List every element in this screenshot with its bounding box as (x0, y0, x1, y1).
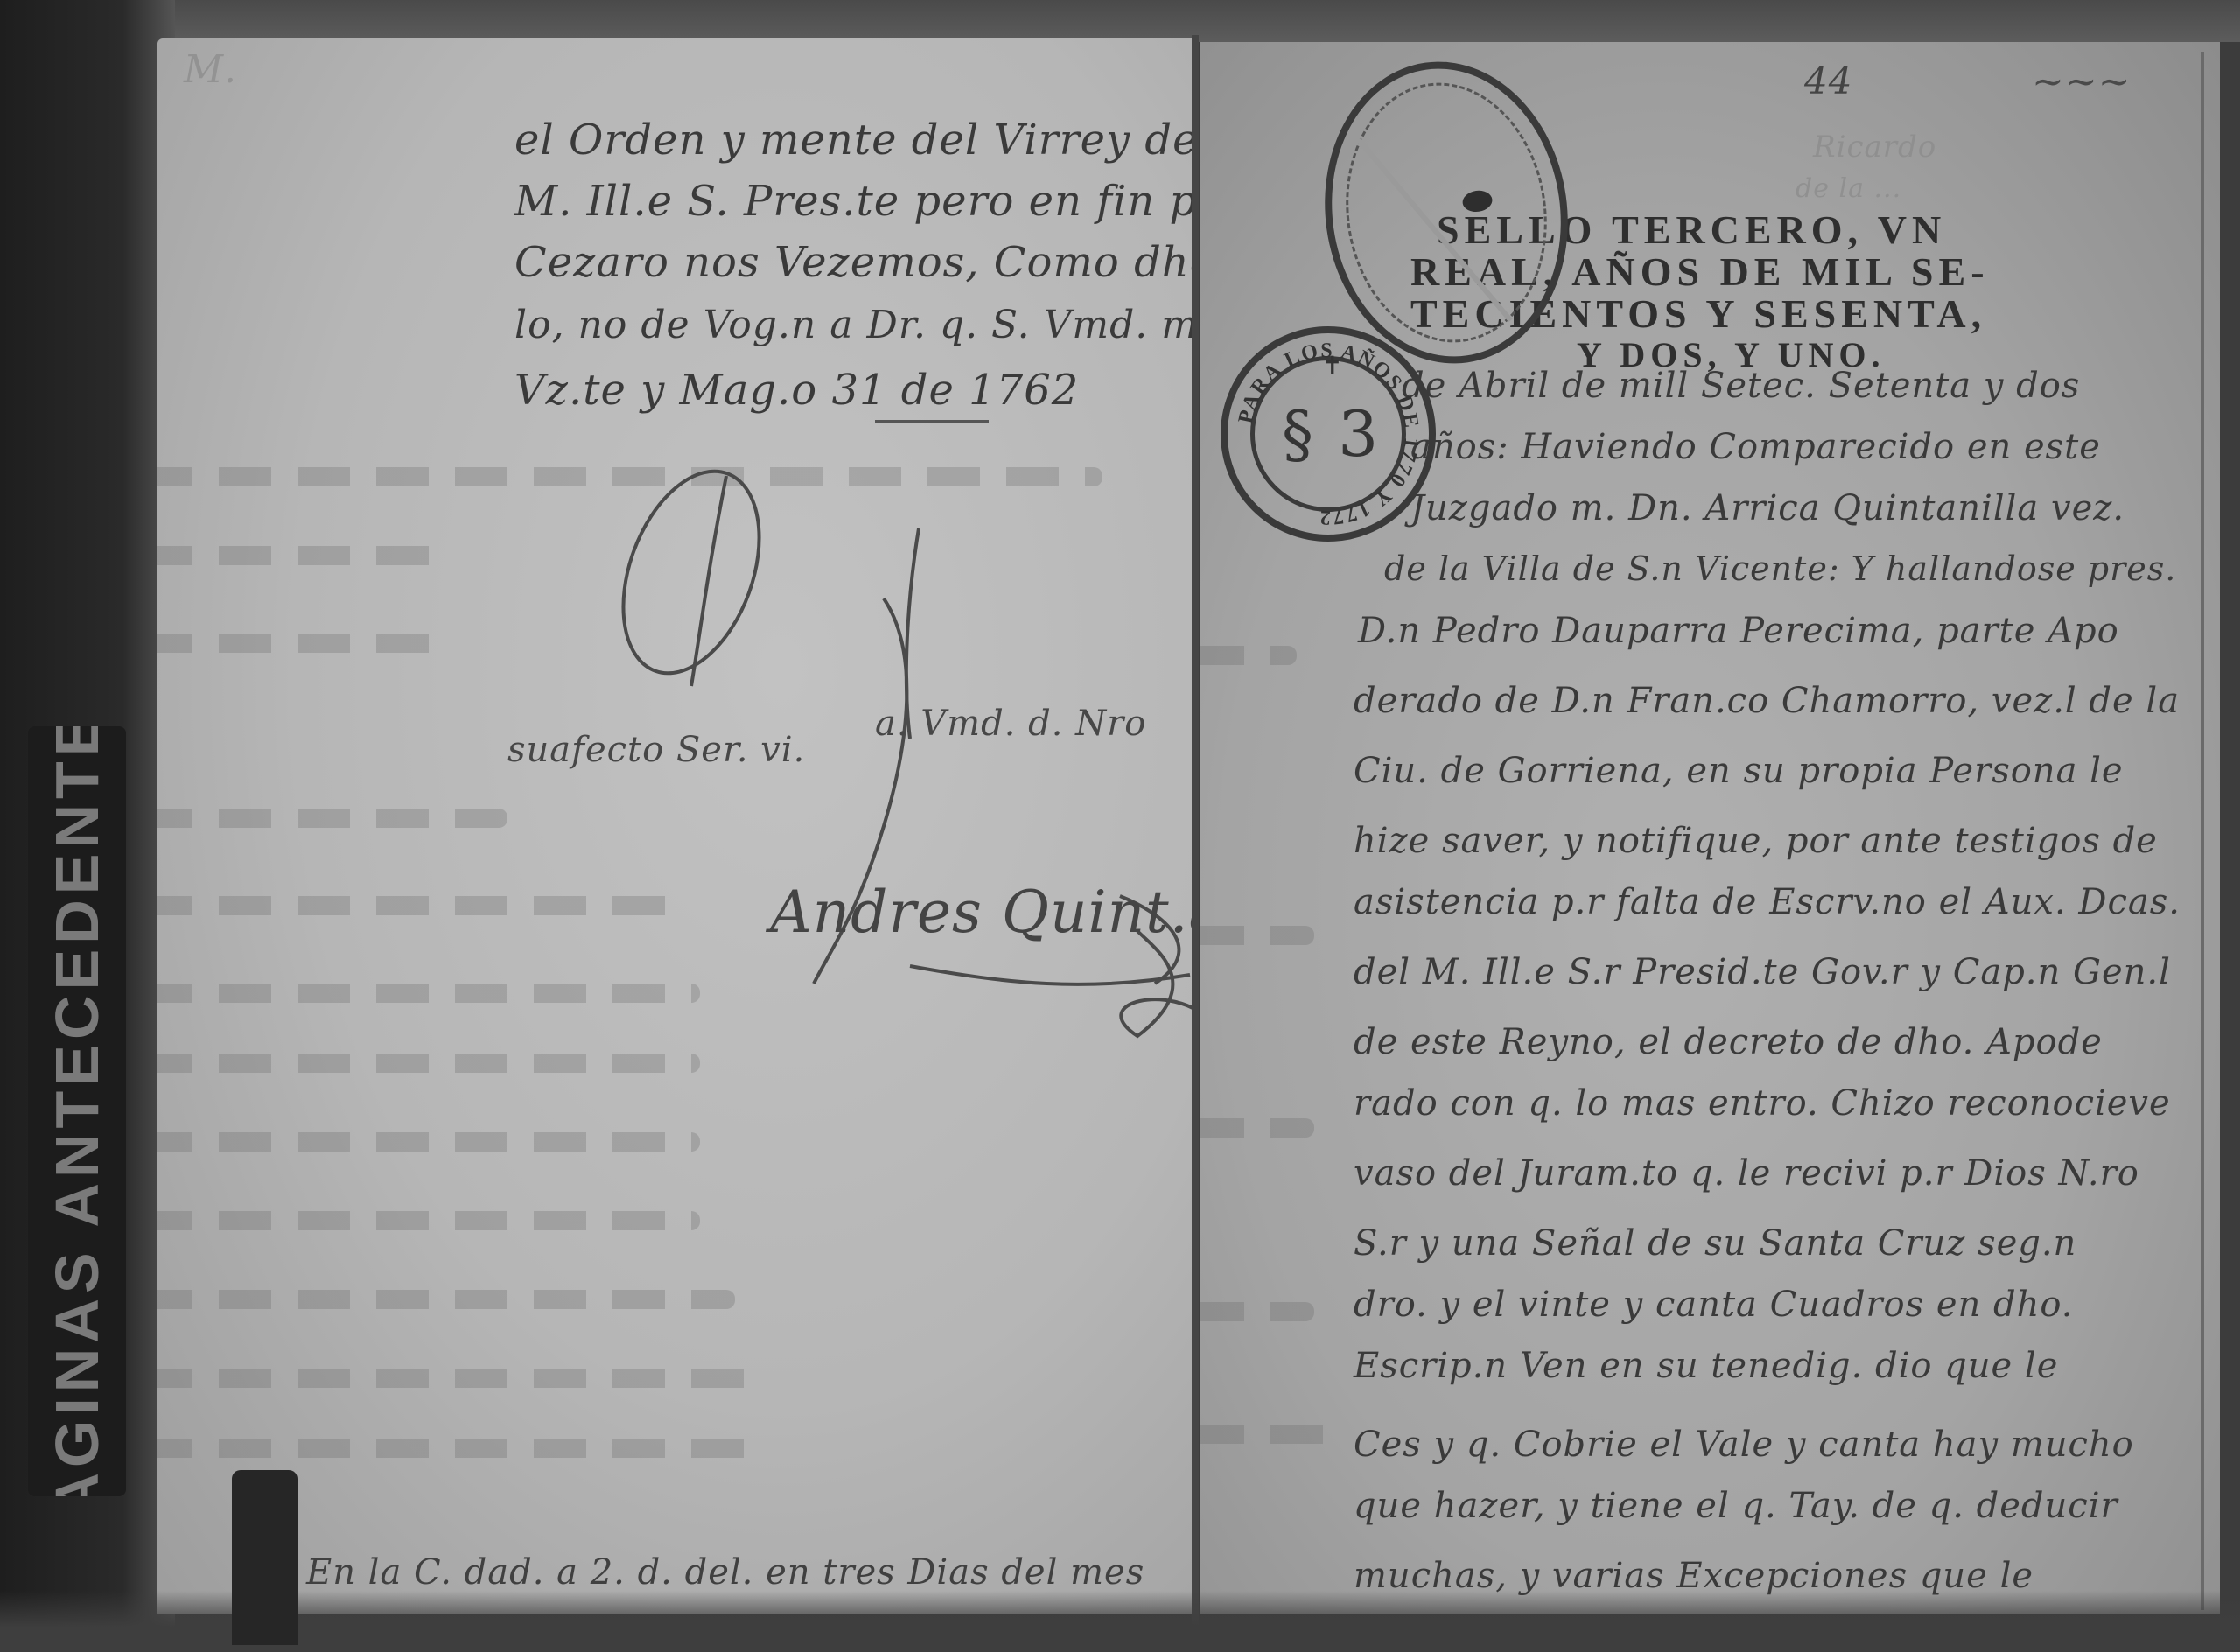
round-seal-stamp: PARA LOS AÑOS DE 1770 Y 1772 ✝ § 3 (1221, 326, 1436, 542)
left-page: M. el Orden y mente del Virrey de M. Ill… (157, 38, 1197, 1613)
footer-line: En la C. dad. a 2. d. del. en tres Dias … (306, 1552, 1144, 1592)
body-line: años: Haviendo Comparecido en este (1410, 427, 2101, 467)
bleed-through-text (157, 1290, 735, 1309)
date-underline (875, 420, 989, 423)
body-line: derado de D.n Fran.co Chamorro, vez.l de… (1354, 681, 2180, 721)
left-line: Cezaro nos Vezemos, Como dho tengo, (514, 238, 1197, 287)
body-line: rado con q. lo mas entro. Chizo reconoci… (1354, 1083, 2171, 1123)
body-line: dro. y el vinte y canta Cuadros en dho. (1354, 1284, 2073, 1325)
oval-seal-inner-ring (1329, 70, 1563, 356)
svg-text:✝: ✝ (1322, 351, 1342, 380)
archive-tab-label: PAGINAS ANTECEDENTES (42, 726, 112, 1496)
bleed-through-text (157, 1368, 752, 1388)
bleed-through-text (1200, 646, 1297, 665)
binding-clip (232, 1470, 297, 1645)
archive-tab: PAGINAS ANTECEDENTES (28, 726, 126, 1496)
signature-closing-right: a. Vmd. d. Nro (875, 703, 1146, 744)
left-line: Vz.te y Mag.o 31 de 1762 (514, 366, 1079, 415)
margin-rule (2201, 52, 2204, 1610)
bleed-through-text (157, 1438, 752, 1458)
page-number: 44 (1804, 59, 1852, 102)
body-line: asistencia p.r falta de Escrv.no el Aux.… (1354, 882, 2180, 922)
body-line: de Abril de mill Setec. Setenta y dos (1402, 366, 2080, 406)
bleed-through-text (157, 546, 455, 565)
bleed-through-text (157, 808, 507, 828)
bleed-through-text (1200, 1302, 1314, 1321)
bleed-through-text (1200, 926, 1314, 945)
body-line: Escrip.n Ven en su tenedig. dio que le (1354, 1346, 2058, 1386)
left-line: lo, no de Vog.n a Dr. q. S. Vmd. m.s a. … (514, 303, 1197, 347)
seal-center-mark: § 3 (1282, 395, 1378, 473)
page-gutter (1192, 35, 1199, 1652)
body-line: del M. Ill.e S.r Presid.te Gov.r y Cap.n… (1354, 952, 2171, 992)
body-line: Ces y q. Cobrie el Vale y canta hay much… (1354, 1424, 2134, 1465)
signature-closing-left: suafecto Ser. vi. (507, 730, 805, 770)
body-line: Juzgado m. Dn. Arrica Quintanilla vez. (1410, 488, 2124, 528)
scanner-top-edge (0, 0, 2240, 42)
body-line: D.n Pedro Dauparra Perecima, parte Apo (1358, 611, 2119, 651)
left-line: M. Ill.e S. Pres.te pero en fin porque (514, 177, 1197, 226)
bleed-through-text (1200, 1118, 1314, 1137)
body-line: vaso del Juram.to q. le recivi p.r Dios … (1354, 1153, 2139, 1193)
marginal-note: de la ... (1795, 173, 1901, 204)
body-line: que hazer, y tiene el q. Tay. de q. dedu… (1354, 1486, 2118, 1526)
seal-number: 3 (1338, 397, 1378, 471)
bleed-through-text (1200, 1424, 1332, 1444)
bleed-through-text (157, 1211, 700, 1230)
bleed-through-text (157, 633, 437, 653)
marginal-note: Ricardo (1813, 129, 1936, 164)
body-line: de la Villa de S.n Vicente: Y hallandose… (1384, 549, 2176, 588)
body-line: hize saver, y notifique, por ante testig… (1354, 821, 2158, 861)
left-line: el Orden y mente del Virrey de (514, 115, 1197, 164)
seal-section-sign: § (1282, 397, 1313, 471)
folio-mark: M. (184, 47, 237, 92)
scanner-bottom-edge (0, 1591, 2240, 1652)
body-line: Ciu. de Gorriena, en su propia Persona l… (1354, 751, 2124, 791)
signature-name: Andres Quint.a (770, 878, 1197, 946)
body-line: S.r y una Señal de su Santa Cruz seg.n (1354, 1223, 2076, 1263)
body-line: de este Reyno, el decreto de dho. Apode (1354, 1022, 2103, 1062)
margin-scribble: ~~~ (2032, 59, 2131, 104)
bleed-through-text (157, 1132, 700, 1151)
